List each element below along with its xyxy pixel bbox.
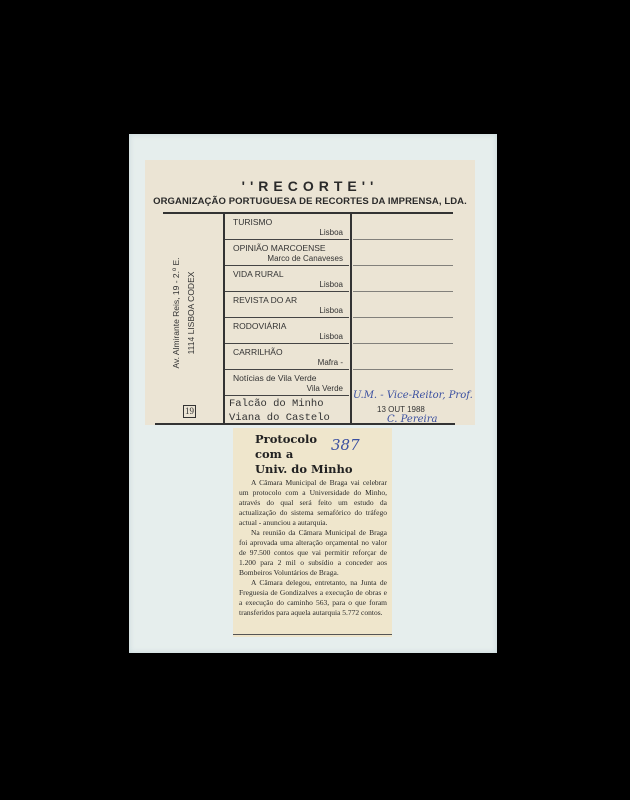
article-body: A Câmara Municipal de Braga vai celebrar…: [239, 478, 387, 618]
publication-row: REVISTA DO AR Lisboa: [225, 292, 349, 318]
address-line: 1114 LISBOA CODEX: [184, 258, 199, 369]
address-line: Av. Almirante Reis, 19 - 2.º E.: [169, 258, 184, 369]
publication-row: TURISMO Lisboa: [225, 214, 349, 240]
publication-row: CARRILHÃO Mafra -: [225, 344, 349, 370]
entry-line: [353, 317, 453, 318]
publication-row: RODOVIÁRIA Lisboa: [225, 318, 349, 344]
handwritten-annotation: U.M. - Vice-Reitor, Prof. 13 OUT 1988 C.…: [353, 388, 473, 433]
date-stamp: 13 OUT 1988: [377, 405, 425, 414]
entry-line: [353, 291, 453, 292]
handwritten-number: 387: [331, 436, 360, 454]
publication-name: OPINIÃO MARCOENSE: [233, 243, 326, 253]
paragraph: Na reunião da Câmara Municipal de Braga …: [239, 528, 387, 578]
newspaper-clipping: Protocolo com a Univ. do Minho 387 A Câm…: [233, 428, 392, 637]
clipping-form: ''RECORTE'' ORGANIZAÇÃO PORTUGUESA DE RE…: [145, 160, 475, 425]
title-line: Univ. do Minho: [255, 462, 353, 477]
publication-city: Lisboa: [319, 228, 343, 237]
publication-city: Lisboa: [319, 306, 343, 315]
entry-line: [353, 343, 453, 344]
publication-city: Vila Verde: [307, 384, 343, 393]
selected-publication-name: Falcão do Minho: [229, 397, 330, 411]
paragraph: A Câmara delegou, entretanto, na Junta d…: [239, 578, 387, 618]
address-block: Av. Almirante Reis, 19 - 2.º E. 1114 LIS…: [149, 228, 219, 398]
publication-row: Notícias de Vila Verde Vila Verde: [225, 370, 349, 396]
box-number: 19: [183, 405, 196, 418]
form-title: ''RECORTE'': [145, 178, 475, 194]
handwritten-note: U.M. - Vice-Reitor, Prof.: [353, 390, 473, 401]
divider: [233, 634, 392, 635]
publication-name: VIDA RURAL: [233, 269, 284, 279]
publication-name: RODOVIÁRIA: [233, 321, 286, 331]
publication-city: Lisboa: [319, 280, 343, 289]
organization-name: ORGANIZAÇÃO PORTUGUESA DE RECORTES DA IM…: [145, 196, 475, 207]
selected-publication-city: Viana do Castelo: [229, 411, 330, 425]
publication-row: VIDA RURAL Lisboa: [225, 266, 349, 292]
publication-name: REVISTA DO AR: [233, 295, 297, 305]
entry-line: [353, 239, 453, 240]
entry-line: [353, 265, 453, 266]
publication-name: TURISMO: [233, 217, 272, 227]
entry-line: [353, 369, 453, 370]
publication-name: CARRILHÃO: [233, 347, 283, 357]
publication-city: Marco de Canaveses: [267, 254, 343, 263]
divider: [350, 212, 352, 424]
selected-publication: Falcão do Minho Viana do Castelo: [229, 397, 330, 425]
publication-city: Lisboa: [319, 332, 343, 341]
paragraph: A Câmara Municipal de Braga vai celebrar…: [239, 478, 387, 528]
publication-city: Mafra -: [318, 358, 343, 367]
publication-name: Notícias de Vila Verde: [233, 373, 316, 383]
publication-row: OPINIÃO MARCOENSE Marco de Canaveses: [225, 240, 349, 266]
handwritten-name: C. Pereira: [387, 414, 438, 425]
